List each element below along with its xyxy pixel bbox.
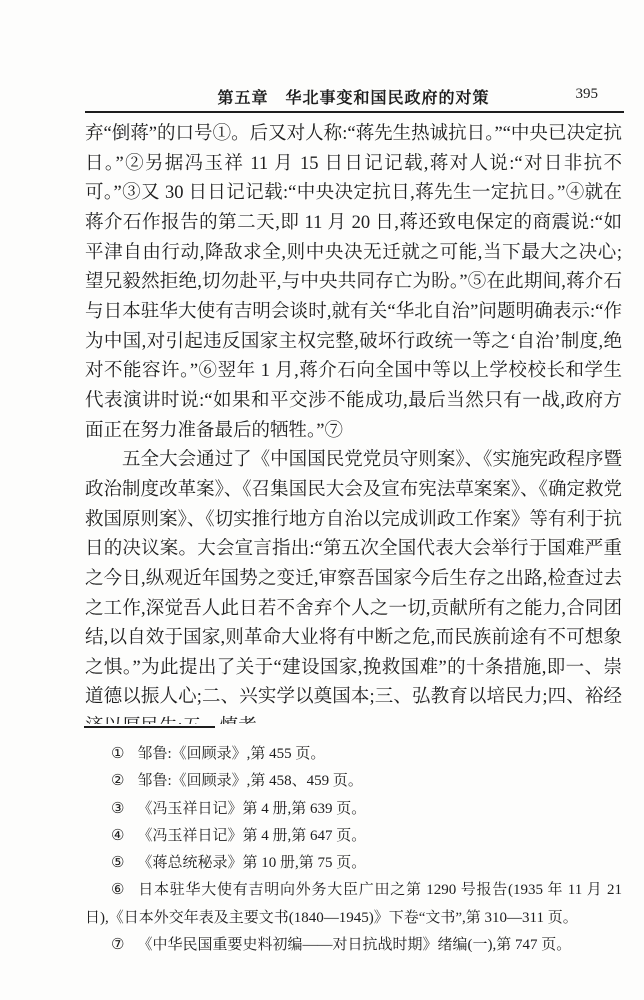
footnote-marker: ⑤ — [111, 855, 124, 871]
header-rule — [85, 111, 624, 113]
body-paragraph: 五全大会通过了《中国国民党党员守则案》、《实施宪政程序暨政治制度改革案》、《召集… — [85, 446, 622, 724]
footnote-text: 邹鲁:《回顾录》,第 458、459 页。 — [137, 773, 362, 789]
footnote-item: ⑥日本驻华大使有吉明向外务大臣广田之第 1290 号报告(1935 年 11 月… — [85, 877, 622, 932]
footnote-item: ②邹鲁:《回顾录》,第 458、459 页。 — [85, 768, 622, 795]
footnote-text: 《中华民国重要史料初编——对日抗战时期》绪编(一),第 747 页。 — [137, 937, 571, 953]
body-text: 弃“倒蒋”的口号①。后又对人称:“蒋先生热诚抗日。”“中央已决定抗日。”②另据冯… — [85, 120, 622, 724]
footnote-text: 日本驻华大使有吉明向外务大臣广田之第 1290 号报告(1935 年 11 月 … — [85, 882, 622, 925]
footnote-marker: ③ — [111, 801, 124, 817]
footnote-text: 邹鲁:《回顾录》,第 455 页。 — [137, 746, 325, 762]
running-head: 第五章 华北事变和国民政府的对策 395 — [85, 85, 622, 107]
footnote-marker: ⑥ — [111, 882, 125, 898]
footnote-text: 《冯玉祥日记》第 4 册,第 639 页。 — [137, 801, 366, 817]
footnote-item: ⑦《中华民国重要史料初编——对日抗战时期》绪编(一),第 747 页。 — [85, 932, 622, 959]
footnote-marker: ⑦ — [111, 937, 124, 953]
footnote-text: 《冯玉祥日记》第 4 册,第 647 页。 — [137, 828, 366, 844]
footnotes-block: ①邹鲁:《回顾录》,第 455 页。 ②邹鲁:《回顾录》,第 458、459 页… — [85, 741, 622, 959]
footnote-item: ④《冯玉祥日记》第 4 册,第 647 页。 — [85, 823, 622, 850]
book-page: 第五章 华北事变和国民政府的对策 395 弃“倒蒋”的口号①。后又对人称:“蒋先… — [0, 0, 644, 1000]
footnote-item: ⑤《蒋总统秘录》第 10 册,第 75 页。 — [85, 850, 622, 877]
running-head-chapter-title: 第五章 华北事变和国民政府的对策 — [85, 85, 622, 108]
footnote-item: ③《冯玉祥日记》第 4 册,第 639 页。 — [85, 796, 622, 823]
footnote-marker: ② — [111, 773, 124, 789]
footnote-separator-rule — [84, 726, 215, 728]
footnote-marker: ④ — [111, 828, 124, 844]
body-paragraph: 弃“倒蒋”的口号①。后又对人称:“蒋先生热诚抗日。”“中央已决定抗日。”②另据冯… — [85, 120, 622, 446]
footnote-text: 《蒋总统秘录》第 10 册,第 75 页。 — [137, 855, 366, 871]
footnote-marker: ① — [111, 746, 124, 762]
page-number: 395 — [576, 86, 599, 103]
footnote-item: ①邹鲁:《回顾录》,第 455 页。 — [85, 741, 622, 768]
